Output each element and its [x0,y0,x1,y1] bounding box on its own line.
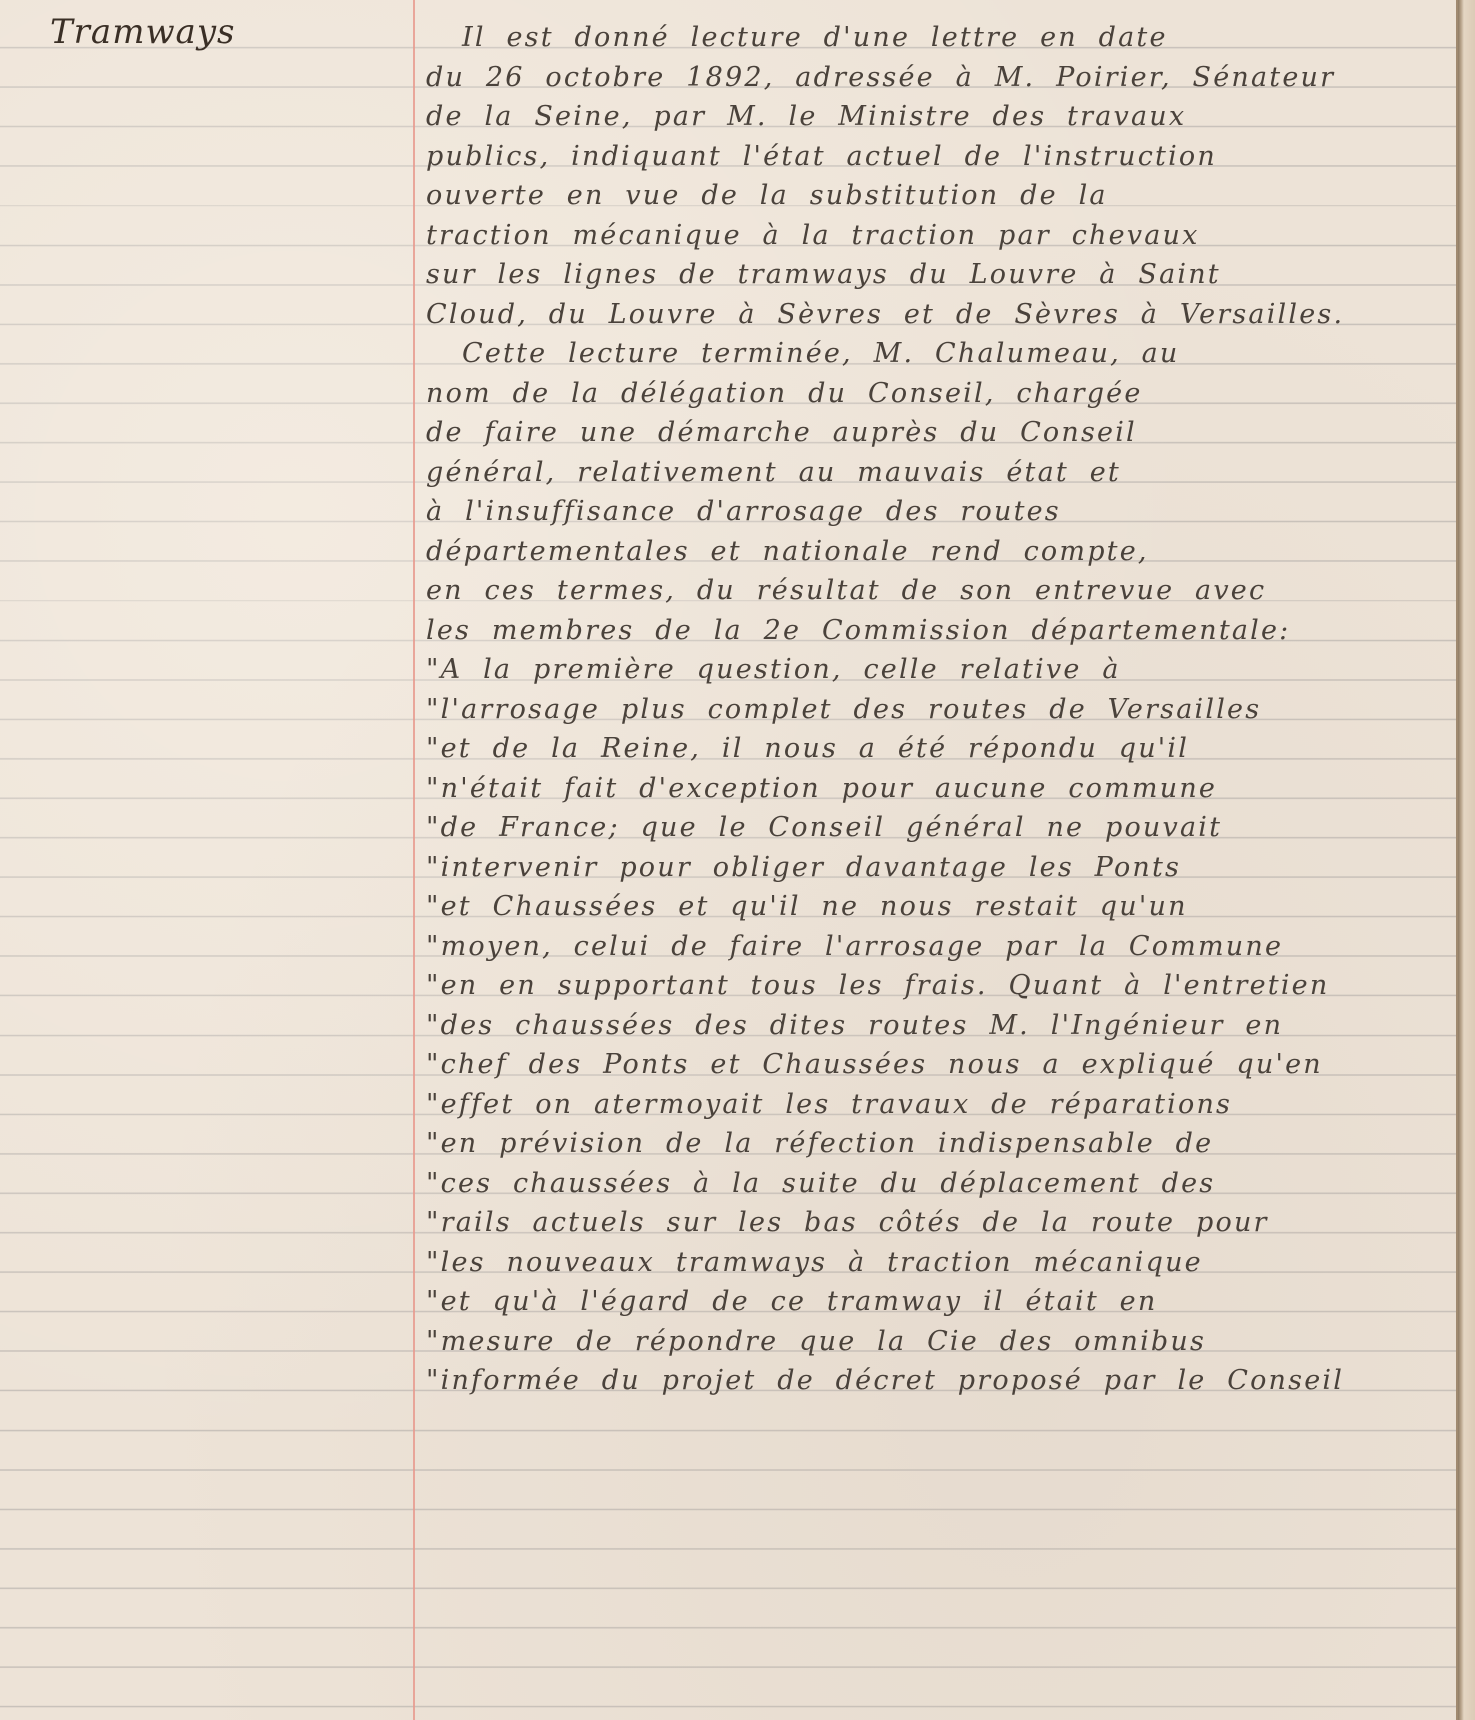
text-line: les membres de la 2e Commission départem… [426,611,1290,650]
text-line: départementales et nationale rend compte… [426,532,1149,571]
text-line: publics, indiquant l'état actuel de l'in… [426,137,1217,176]
left-margin: Tramways [0,0,413,1720]
text-line: "en prévision de la réfection indispensa… [426,1124,1213,1163]
minutes-text: Il est donné lecture d'une lettre en dat… [418,0,1448,1720]
text-line: "les nouveaux tramways à traction mécani… [426,1243,1203,1282]
text-line: "mesure de répondre que la Cie des omnib… [426,1322,1206,1361]
text-line: nom de la délégation du Conseil, chargée [426,374,1143,413]
ledger-page: Tramways Il est donné lecture d'une lett… [0,0,1458,1720]
text-line: de faire une démarche auprès du Conseil [426,413,1137,452]
text-line: "chef des Ponts et Chaussées nous a expl… [426,1045,1323,1084]
text-line: général, relativement au mauvais état et [426,453,1121,492]
text-line: "informée du projet de décret proposé pa… [426,1361,1344,1400]
text-line: de la Seine, par M. le Ministre des trav… [426,97,1186,136]
text-line: "et Chaussées et qu'il ne nous restait q… [426,887,1188,926]
text-line: "moyen, celui de faire l'arrosage par la… [426,927,1283,966]
text-line: "en en supportant tous les frais. Quant … [426,966,1329,1005]
text-line: du 26 octobre 1892, adressée à M. Poirie… [426,58,1335,97]
text-line: "n'était fait d'exception pour aucune co… [426,769,1217,808]
text-line: Cloud, du Louvre à Sèvres et de Sèvres à… [426,295,1344,334]
text-line: "effet on atermoyait les travaux de répa… [426,1085,1232,1124]
text-line: Cette lecture terminée, M. Chalumeau, au [462,334,1180,373]
text-line: "et de la Reine, il nous a été répondu q… [426,729,1189,768]
text-line: "et qu'à l'égard de ce tramway il était … [426,1282,1157,1321]
text-line: traction mécanique à la traction par che… [426,216,1200,255]
text-line: "de France; que le Conseil général ne po… [426,808,1222,847]
text-line: Il est donné lecture d'une lettre en dat… [462,18,1168,57]
text-line: sur les lignes de tramways du Louvre à S… [426,255,1221,294]
book-binding [1458,0,1475,1720]
text-line: "des chaussées des dites routes M. l'Ing… [426,1006,1283,1045]
text-line: "rails actuels sur les bas côtés de la r… [426,1203,1269,1242]
margin-rule [413,0,415,1720]
text-line: "l'arrosage plus complet des routes de V… [426,690,1261,729]
margin-heading: Tramways [50,12,235,52]
text-line: "A la première question, celle relative … [426,650,1121,689]
text-line: "ces chaussées à la suite du déplacement… [426,1164,1215,1203]
text-line: ouverte en vue de la substitution de la [426,176,1108,215]
text-line: "intervenir pour obliger davantage les P… [426,848,1181,887]
text-line: à l'insuffisance d'arrosage des routes [426,492,1061,531]
text-line: en ces termes, du résultat de son entrev… [426,571,1266,610]
